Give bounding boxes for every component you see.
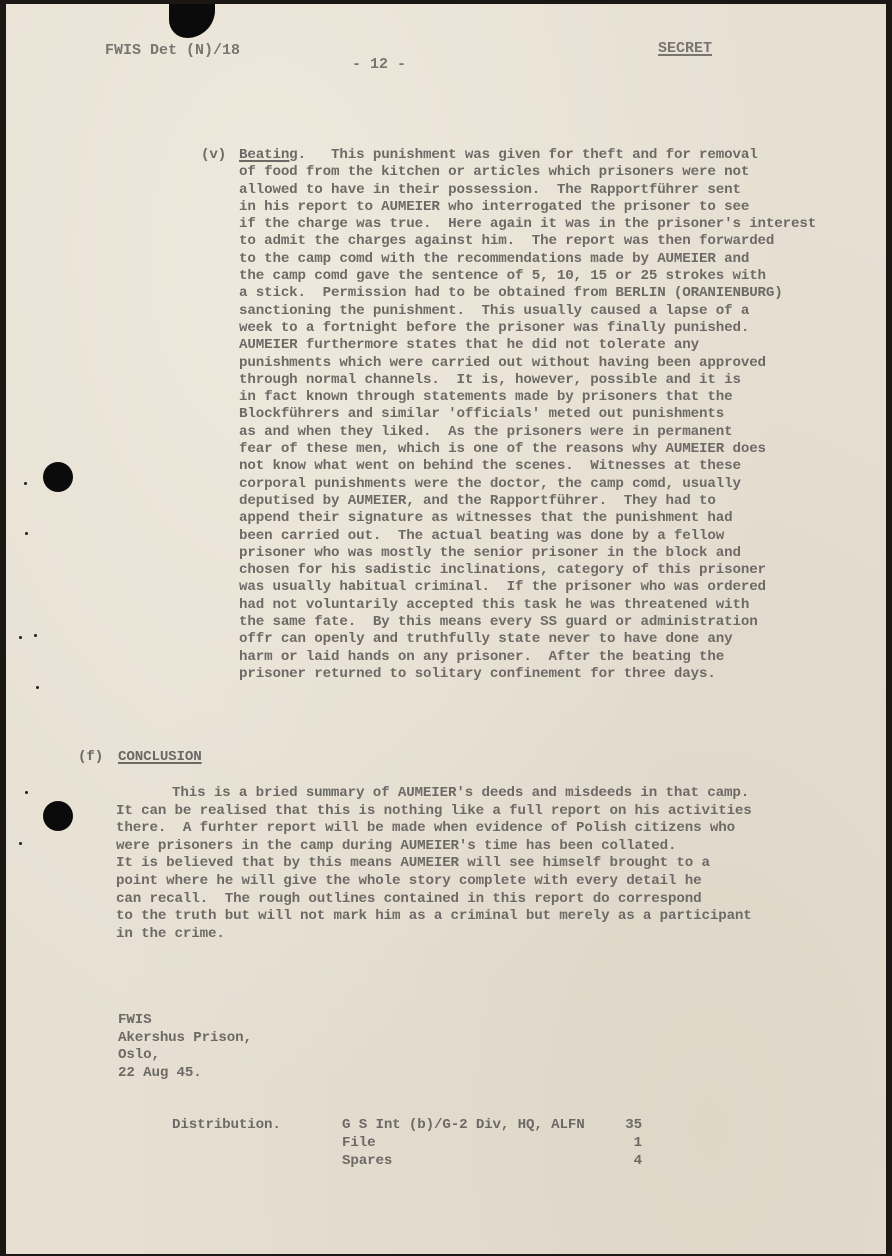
text-line: 22 Aug 45. bbox=[118, 1065, 202, 1082]
margin-speck bbox=[25, 532, 28, 535]
text-line: the camp comd gave the sentence of 5, 10… bbox=[239, 268, 766, 285]
punch-hole bbox=[43, 462, 73, 492]
text-line: FWIS bbox=[118, 1012, 151, 1029]
text-line: Blockführers and similar 'officials' met… bbox=[239, 406, 724, 423]
text-line: had not voluntarily accepted this task h… bbox=[239, 597, 749, 614]
margin-speck bbox=[25, 791, 28, 794]
classification-marking: SECRET bbox=[658, 40, 712, 57]
distribution-row: G S Int (b)/G-2 Div, HQ, ALFN35 bbox=[342, 1117, 642, 1135]
punch-hole bbox=[43, 801, 73, 831]
text-line: a stick. Permission had to be obtained f… bbox=[239, 285, 783, 302]
text-line: point where he will give the whole story… bbox=[116, 873, 701, 890]
ink-blot bbox=[169, 4, 215, 38]
text-line: AUMEIER furthermore states that he did n… bbox=[239, 337, 699, 354]
text-line: not know what went on behind the scenes.… bbox=[239, 458, 741, 475]
margin-speck bbox=[19, 636, 22, 639]
section-title: Beating bbox=[239, 147, 298, 163]
text-line: prisoner returned to solitary confinemen… bbox=[239, 666, 716, 683]
text-line: sanctioning the punishment. This usually… bbox=[239, 303, 749, 320]
text-line: there. A furhter report will be made whe… bbox=[116, 820, 735, 837]
distribution-row: Spares4 bbox=[342, 1153, 642, 1171]
distribution-label: Distribution. bbox=[172, 1117, 281, 1134]
text-line: fear of these men, which is one of the r… bbox=[239, 441, 766, 458]
distribution-row: File1 bbox=[342, 1135, 642, 1153]
text-line: It is believed that by this means AUMEIE… bbox=[116, 855, 710, 872]
section-marker: (v) bbox=[201, 147, 226, 164]
distribution-recipient: File bbox=[342, 1135, 375, 1152]
text-line: Akershus Prison, bbox=[118, 1030, 252, 1047]
text-line: through normal channels. It is, however,… bbox=[239, 372, 741, 389]
text-line: append their signature as witnesses that… bbox=[239, 510, 732, 527]
text-line: in the crime. bbox=[116, 926, 225, 943]
margin-speck bbox=[36, 686, 39, 689]
text-line: been carried out. The actual beating was… bbox=[239, 528, 724, 545]
text-line: as and when they liked. As the prisoners… bbox=[239, 424, 732, 441]
text-line: in fact known through statements made by… bbox=[239, 389, 732, 406]
text-line: prisoner who was mostly the senior priso… bbox=[239, 545, 741, 562]
text-line: offr can openly and truthfully state nev… bbox=[239, 631, 732, 648]
text-line: harm or laid hands on any prisoner. Afte… bbox=[239, 649, 724, 666]
document-reference: FWIS Det (N)/18 bbox=[105, 42, 240, 59]
text-line: deputised by AUMEIER, and the Rapportfüh… bbox=[239, 493, 716, 510]
distribution-copies: 4 bbox=[634, 1153, 642, 1170]
text-line: can recall. The rough outlines contained… bbox=[116, 891, 701, 908]
text-line: allowed to have in their possession. The… bbox=[239, 182, 741, 199]
distribution-copies: 1 bbox=[634, 1135, 642, 1152]
text-line: This is a bried summary of AUMEIER's dee… bbox=[172, 785, 749, 802]
text-line: week to a fortnight before the prisoner … bbox=[239, 320, 749, 337]
text-line: of food from the kitchen or articles whi… bbox=[239, 164, 749, 181]
margin-speck bbox=[24, 482, 27, 485]
distribution-list: Distribution. G S Int (b)/G-2 Div, HQ, A… bbox=[172, 1117, 652, 1177]
section-title: CONCLUSION bbox=[118, 749, 202, 766]
text-line: It can be realised that this is nothing … bbox=[116, 803, 752, 820]
margin-speck bbox=[19, 842, 22, 845]
text-line: were prisoners in the camp during AUMEIE… bbox=[116, 838, 676, 855]
margin-speck bbox=[34, 634, 37, 637]
text-line: punishments which were carried out witho… bbox=[239, 355, 766, 372]
distribution-recipient: Spares bbox=[342, 1153, 392, 1170]
distribution-recipient: G S Int (b)/G-2 Div, HQ, ALFN bbox=[342, 1117, 585, 1134]
text-line: if the charge was true. Here again it wa… bbox=[239, 216, 816, 233]
text-line: was usually habitual criminal. If the pr… bbox=[239, 579, 766, 596]
page-number: - 12 - bbox=[352, 56, 406, 73]
distribution-copies: 35 bbox=[625, 1117, 642, 1134]
text-line: the same fate. By this means every SS gu… bbox=[239, 614, 758, 631]
text-line: in his report to AUMEIER who interrogate… bbox=[239, 199, 749, 216]
text-line: chosen for his sadistic inclinations, ca… bbox=[239, 562, 766, 579]
text-line: to the camp comd with the recommendation… bbox=[239, 251, 749, 268]
section-marker: (f) bbox=[78, 749, 103, 766]
text-line: Oslo, bbox=[118, 1047, 160, 1064]
section-heading: Beating. This punishment was given for t… bbox=[239, 147, 758, 164]
text-line: to the truth but will not mark him as a … bbox=[116, 908, 752, 925]
text-line: to admit the charges against him. The re… bbox=[239, 233, 774, 250]
document-page: FWIS Det (N)/18 - 12 - SECRET (v) Beatin… bbox=[6, 4, 886, 1254]
text-line: corporal punishments were the doctor, th… bbox=[239, 476, 741, 493]
